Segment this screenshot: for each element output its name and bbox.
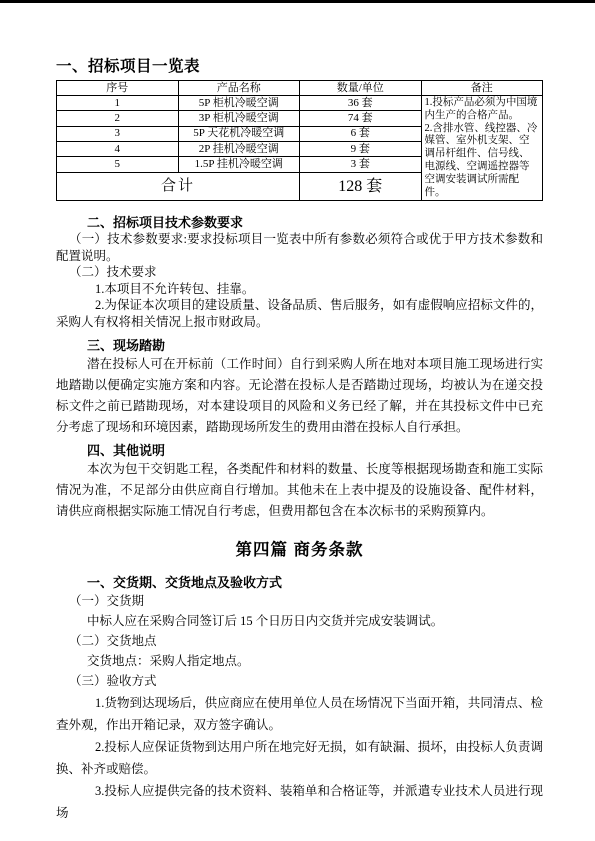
section-delivery: 一、交货期、交货地点及验收方式 （一）交货期 中标人应在采购合同签订后 15 个… xyxy=(56,574,543,691)
section-tech-params: 二、招标项目技术参数要求 （一）技术参数要求:要求投标项目一览表中所有参数必须符… xyxy=(56,214,543,330)
cell-index: 1 xyxy=(57,96,179,111)
remark-note-1: 1.投标产品必须为中国境内生产的合格产品。 xyxy=(425,97,540,123)
section-site-survey: 三、现场踏勘 潜在投标人可在开标前（工作时间）自行到采购人所在地对本项目施工现场… xyxy=(56,337,543,522)
page-content: 一、招标项目一览表 序号 产品名称 数量/单位 备注 1 5P 柜机冷暖空调 3… xyxy=(56,57,543,824)
col-header-quantity: 数量/单位 xyxy=(300,81,422,96)
acceptance-items: 1.货物到达现场后，供应商应在使用单位人员在场情况下当面开箱，共同清点、检查外观… xyxy=(56,693,543,824)
para-quality-guarantee: 2.为保证本次项目的建设质量、设备品质、售后服务，如有虚假响应招标文件的，采购人… xyxy=(56,297,543,330)
section-heading-delivery: 一、交货期、交货地点及验收方式 xyxy=(56,574,543,591)
section-heading-tech-params: 二、招标项目技术参数要求 xyxy=(56,214,543,231)
para-delivery-place: 交货地点：采购人指定地点。 xyxy=(56,651,543,671)
para-tech-param-requirement: （一）技术参数要求:要求投标项目一览表中所有参数必须符合或优于甲方技术参数和配置… xyxy=(56,231,543,264)
cell-quantity: 74 套 xyxy=(300,111,422,126)
table-header-row: 序号 产品名称 数量/单位 备注 xyxy=(57,81,543,96)
page-top-border xyxy=(0,0,595,3)
cell-index: 5 xyxy=(57,157,179,172)
para-delivery-period-label: （一）交货期 xyxy=(56,591,543,611)
section-heading-other-notes: 四、其他说明 xyxy=(56,442,543,459)
para-tech-requirement-label: （二）技术要求 xyxy=(56,264,543,281)
cell-product-name: 3P 柜机冷暖空调 xyxy=(178,111,300,126)
part-title-commercial-terms: 第四篇 商务条款 xyxy=(56,538,543,562)
col-header-remark: 备注 xyxy=(421,81,543,96)
cell-quantity: 3 套 xyxy=(300,157,422,172)
para-other-notes: 本次为包干交钥匙工程，各类配件和材料的数量、长度等根据现场勘查和施工实际情况为准… xyxy=(56,459,543,522)
document-page: 一、招标项目一览表 序号 产品名称 数量/单位 备注 1 5P 柜机冷暖空调 3… xyxy=(0,0,595,841)
col-header-index: 序号 xyxy=(57,81,179,96)
project-list-table: 序号 产品名称 数量/单位 备注 1 5P 柜机冷暖空调 36 套 1.投标产品… xyxy=(56,80,543,201)
cell-remark: 1.投标产品必须为中国境内生产的合格产品。 2.含排水管、线控器、冷媒管、室外机… xyxy=(421,96,543,201)
cell-product-name: 1.5P 挂机冷暖空调 xyxy=(178,157,300,172)
cell-index: 2 xyxy=(57,111,179,126)
para-site-survey: 潜在投标人可在开标前（工作时间）自行到采购人所在地对本项目施工现场进行实地踏勘以… xyxy=(56,354,543,438)
section-heading-site-survey: 三、现场踏勘 xyxy=(56,337,543,354)
remark-note-2: 2.含排水管、线控器、冷媒管、室外机支架、空调吊杆组件、信号线、电源线、空调遥控… xyxy=(425,123,540,200)
para-acceptance-1: 1.货物到达现场后，供应商应在使用单位人员在场情况下当面开箱，共同清点、检查外观… xyxy=(56,693,543,736)
cell-product-name: 5P 天花机冷暖空调 xyxy=(178,126,300,141)
section-heading-project-list: 一、招标项目一览表 xyxy=(56,57,543,76)
cell-total-label: 合计 xyxy=(57,172,300,201)
cell-quantity: 9 套 xyxy=(300,142,422,157)
para-delivery-period: 中标人应在采购合同签订后 15 个日历日内交货并完成安装调试。 xyxy=(56,611,543,631)
cell-index: 4 xyxy=(57,142,179,157)
para-no-subcontract: 1.本项目不允许转包、挂靠。 xyxy=(56,281,543,298)
cell-product-name: 2P 挂机冷暖空调 xyxy=(178,142,300,157)
cell-quantity: 36 套 xyxy=(300,96,422,111)
cell-quantity: 6 套 xyxy=(300,126,422,141)
para-acceptance-3: 3.投标人应提供完备的技术资料、装箱单和合格证等，并派遣专业技术人员进行现场 xyxy=(56,781,543,824)
para-acceptance-label: （三）验收方式 xyxy=(56,671,543,691)
cell-total-quantity: 128 套 xyxy=(300,172,422,201)
table-row: 1 5P 柜机冷暖空调 36 套 1.投标产品必须为中国境内生产的合格产品。 2… xyxy=(57,96,543,111)
col-header-product: 产品名称 xyxy=(178,81,300,96)
para-acceptance-2: 2.投标人应保证货物到达用户所在地完好无损，如有缺漏、损坏，由投标人负责调换、补… xyxy=(56,737,543,780)
para-delivery-place-label: （二）交货地点 xyxy=(56,631,543,651)
cell-index: 3 xyxy=(57,126,179,141)
cell-product-name: 5P 柜机冷暖空调 xyxy=(178,96,300,111)
